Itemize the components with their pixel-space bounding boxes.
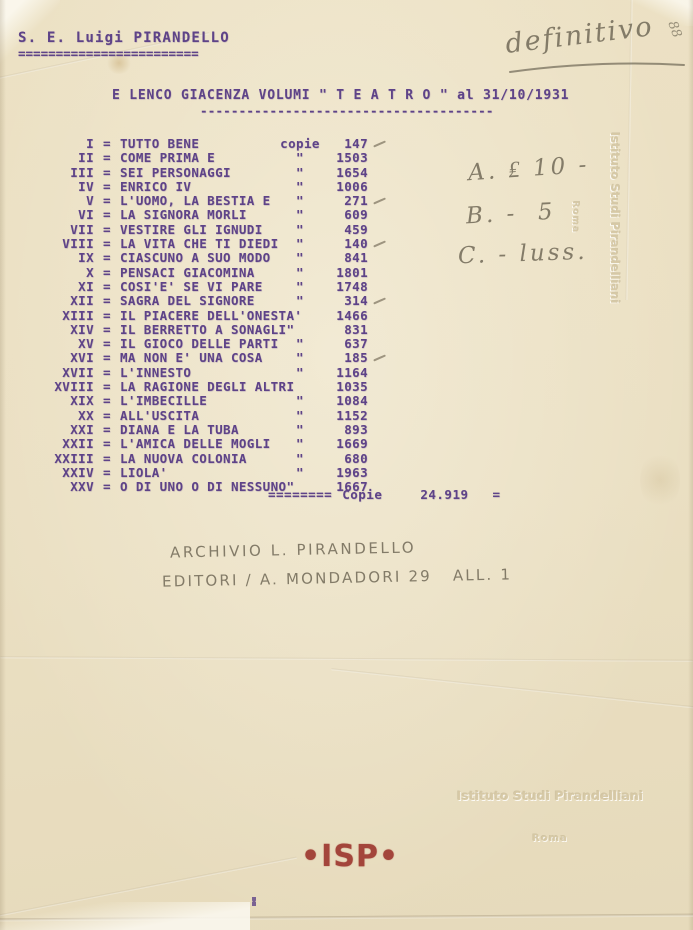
- row-roman-numeral: XV: [14, 336, 94, 351]
- row-play-title: DIANA E LA TUBA: [120, 422, 280, 437]
- row-unit-ditto: ": [280, 408, 320, 423]
- row-unit-ditto: ": [280, 336, 320, 351]
- torn-edge-bottom: [0, 902, 250, 930]
- row-separator: =: [94, 150, 120, 165]
- row-unit-ditto: ": [280, 365, 320, 380]
- paper-edge: [0, 0, 6, 930]
- row-roman-numeral: XXII: [14, 436, 94, 451]
- row-separator: =: [94, 236, 120, 251]
- pencil-tick: [373, 297, 386, 304]
- row-roman-numeral: XIX: [14, 393, 94, 408]
- row-roman-numeral: IX: [14, 250, 94, 265]
- total-suffix: =: [469, 487, 501, 502]
- row-play-title: L'INNESTO: [120, 365, 280, 380]
- row-play-title: L'AMICA DELLE MOGLI: [120, 436, 280, 451]
- row-unit-ditto: ": [280, 222, 320, 237]
- row-copy-count: 637: [320, 336, 368, 351]
- volume-list-row: V = L'UOMO, LA BESTIA E " 271: [14, 193, 388, 207]
- row-copy-count: 1801: [320, 265, 368, 280]
- row-separator: =: [94, 336, 120, 351]
- row-copy-count: 271: [320, 193, 368, 208]
- row-copy-count: 1669: [320, 436, 368, 451]
- row-separator: =: [94, 451, 120, 466]
- volume-list: I = TUTTO BENE copie 147 II = COME PRIMA…: [14, 136, 388, 493]
- row-copy-count: 1035: [320, 379, 368, 394]
- row-play-title: MA NON E' UNA COSA: [120, 350, 280, 365]
- row-unit-ditto: ": [280, 193, 320, 208]
- row-roman-numeral: XXIV: [14, 465, 94, 480]
- row-roman-numeral: II: [14, 150, 94, 165]
- volume-list-row: X = PENSACI GIACOMINA " 1801: [14, 265, 388, 279]
- row-play-title: CIASCUNO A SUO MODO: [120, 250, 280, 265]
- sender-name: S. E. Luigi PIRANDELLO: [18, 30, 230, 46]
- row-separator: =: [94, 265, 120, 280]
- document-title: E LENCO GIACENZA VOLUMI " T E A T R O " …: [112, 88, 569, 103]
- row-roman-numeral: XVIII: [14, 379, 94, 394]
- row-unit-ditto: ": [280, 293, 320, 308]
- row-copy-count: 140: [320, 236, 368, 251]
- row-copy-count: 1006: [320, 179, 368, 194]
- row-separator: =: [94, 250, 120, 265]
- row-play-title: O DI UNO O DI NESSUNO": [120, 479, 280, 494]
- row-copy-count: 1084: [320, 393, 368, 408]
- row-separator: =: [94, 193, 120, 208]
- row-separator: =: [94, 136, 120, 151]
- row-copy-count: 459: [320, 222, 368, 237]
- row-play-title: SAGRA DEL SIGNORE: [120, 293, 280, 308]
- row-play-title: SEI PERSONAGGI: [120, 165, 280, 180]
- row-copy-count: 831: [320, 322, 368, 337]
- row-unit-ditto: ": [280, 393, 320, 408]
- row-separator: =: [94, 179, 120, 194]
- row-play-title: ALL'USCITA: [120, 408, 280, 423]
- row-unit-ditto: ": [280, 350, 320, 365]
- pencil-underline: [508, 58, 686, 76]
- row-play-title: LA VITA CHE TI DIEDI: [120, 236, 280, 251]
- row-play-title: LA NUOVA COLONIA: [120, 451, 280, 466]
- row-separator: =: [94, 293, 120, 308]
- row-play-title: LA SIGNORA MORLI: [120, 207, 280, 222]
- row-copy-count: 841: [320, 250, 368, 265]
- row-unit-ditto: ": [280, 207, 320, 222]
- row-play-title: IL GIOCO DELLE PARTI: [120, 336, 280, 351]
- row-play-title: COME PRIMA E: [120, 150, 280, 165]
- row-unit-ditto: ": [280, 236, 320, 251]
- row-roman-numeral: IV: [14, 179, 94, 194]
- row-play-title: ENRICO IV: [120, 179, 280, 194]
- row-copy-count: 1152: [320, 408, 368, 423]
- row-roman-numeral: I: [14, 136, 94, 151]
- sender-underline: ========================: [18, 46, 199, 61]
- volume-list-row: VIII = LA VITA CHE TI DIEDI " 140: [14, 236, 388, 250]
- emboss-stamp-text: Istituto Studi Pirandelliani: [608, 132, 622, 302]
- row-separator: =: [94, 379, 120, 394]
- total-value: 24.919: [382, 487, 468, 502]
- row-play-title: LA RAGIONE DEGLI ALTRI: [120, 379, 280, 394]
- pencil-tick: [373, 240, 386, 247]
- volume-list-row: XVIII = LA RAGIONE DEGLI ALTRI 1035: [14, 379, 388, 393]
- row-separator: =: [94, 365, 120, 380]
- volume-list-row: XII = SAGRA DEL SIGNORE " 314: [14, 293, 388, 307]
- volume-list-row: XIX = L'IMBECILLE " 1084: [14, 393, 388, 407]
- volume-list-row: XVII = L'INNESTO " 1164: [14, 365, 388, 379]
- row-copy-count: 185: [320, 350, 368, 365]
- row-roman-numeral: XIII: [14, 308, 94, 323]
- volume-list-row: XIV = IL BERRETTO A SONAGLI" 831: [14, 322, 388, 336]
- emboss-stamp-bottom: Istituto Studi Pirandelliani Roma: [452, 758, 648, 874]
- pencil-note-c: C. - luss.: [458, 239, 588, 270]
- pencil-note-definitivo: definitivo: [504, 11, 656, 60]
- row-roman-numeral: XII: [14, 293, 94, 308]
- volume-list-row: VII = VESTIRE GLI IGNUDI " 459: [14, 222, 388, 236]
- total-label: Copie: [332, 487, 382, 502]
- row-unit-ditto: ": [280, 150, 320, 165]
- volume-list-row: XXIV = LIOLA' " 1963: [14, 465, 388, 479]
- volume-list-row: XI = COSI'E' SE VI PARE " 1748: [14, 279, 388, 293]
- volume-list-row: XV = IL GIOCO DELLE PARTI " 637: [14, 336, 388, 350]
- scanned-document-page: Istituto Studi Pirandelliani Roma Istitu…: [0, 0, 693, 930]
- volume-list-row: IX = CIASCUNO A SUO MODO " 841: [14, 250, 388, 264]
- row-separator: =: [94, 479, 120, 494]
- volume-list-row: XVI = MA NON E' UNA COSA " 185: [14, 350, 388, 364]
- row-unit-ditto: copie: [280, 136, 320, 151]
- volume-list-row: I = TUTTO BENE copie 147: [14, 136, 388, 150]
- row-play-title: COSI'E' SE VI PARE: [120, 279, 280, 294]
- row-copy-count: 147: [320, 136, 368, 151]
- pencil-tick: [373, 197, 386, 204]
- volume-list-row: XXII = L'AMICA DELLE MOGLI " 1669: [14, 436, 388, 450]
- volume-list-row: IV = ENRICO IV " 1006: [14, 179, 388, 193]
- row-roman-numeral: XX: [14, 408, 94, 423]
- crease-line: [0, 857, 297, 922]
- crease-line: [0, 656, 693, 662]
- row-roman-numeral: III: [14, 165, 94, 180]
- row-unit-ditto: ": [280, 436, 320, 451]
- title-underline: --------------------------------------: [200, 103, 494, 118]
- volume-list-row: II = COME PRIMA E " 1503: [14, 150, 388, 164]
- row-roman-numeral: XXI: [14, 422, 94, 437]
- row-copy-count: 680: [320, 451, 368, 466]
- row-play-title: IL PIACERE DELL'ONESTA': [120, 308, 280, 323]
- row-roman-numeral: V: [14, 193, 94, 208]
- row-separator: =: [94, 322, 120, 337]
- row-unit-ditto: ": [280, 250, 320, 265]
- row-separator: =: [94, 393, 120, 408]
- row-unit-ditto: ": [280, 465, 320, 480]
- row-copy-count: 1466: [320, 308, 368, 323]
- row-separator: =: [94, 207, 120, 222]
- row-copy-count: 1748: [320, 279, 368, 294]
- row-play-title: TUTTO BENE: [120, 136, 280, 151]
- paper-edge: [0, 914, 693, 922]
- row-play-title: VESTIRE GLI IGNUDI: [120, 222, 280, 237]
- row-separator: =: [94, 165, 120, 180]
- row-play-title: IL BERRETTO A SONAGLI": [120, 322, 280, 337]
- row-copy-count: 1963: [320, 465, 368, 480]
- volume-list-row: VI = LA SIGNORA MORLI " 609: [14, 207, 388, 221]
- row-play-title: PENSACI GIACOMINA: [120, 265, 280, 280]
- ink-mark: [252, 897, 256, 906]
- row-separator: =: [94, 436, 120, 451]
- row-unit-ditto: ": [280, 279, 320, 294]
- isp-stamp: •ISP•: [301, 839, 399, 874]
- row-copy-count: 1503: [320, 150, 368, 165]
- paper-edge: [688, 0, 693, 930]
- row-roman-numeral: VI: [14, 207, 94, 222]
- row-roman-numeral: XI: [14, 279, 94, 294]
- row-separator: =: [94, 279, 120, 294]
- row-roman-numeral: VII: [14, 222, 94, 237]
- volume-list-row: III = SEI PERSONAGGI " 1654: [14, 165, 388, 179]
- pencil-corner-mark: 88: [664, 19, 684, 40]
- crease-line: [331, 668, 693, 710]
- row-unit-ditto: ": [280, 179, 320, 194]
- row-roman-numeral: X: [14, 265, 94, 280]
- row-copy-count: 609: [320, 207, 368, 222]
- row-play-title: LIOLA': [120, 465, 280, 480]
- row-roman-numeral: XVI: [14, 350, 94, 365]
- row-roman-numeral: XXIII: [14, 451, 94, 466]
- archive-note-line2: EDITORI / A. MONDADORI 29 ALL. 1: [162, 565, 512, 590]
- volume-list-row: XX = ALL'USCITA " 1152: [14, 408, 388, 422]
- row-separator: =: [94, 308, 120, 323]
- row-roman-numeral: XXV: [14, 479, 94, 494]
- row-play-title: L'UOMO, LA BESTIA E: [120, 193, 280, 208]
- volume-list-row: XXIII = LA NUOVA COLONIA " 680: [14, 451, 388, 465]
- volume-list-row: XIII = IL PIACERE DELL'ONESTA' 1466: [14, 308, 388, 322]
- emboss-stamp-city: Roma: [452, 833, 648, 844]
- total-line: ========Copie24.919=: [268, 487, 501, 502]
- row-unit-ditto: ": [280, 422, 320, 437]
- row-copy-count: 1654: [320, 165, 368, 180]
- volume-list-row: XXI = DIANA E LA TUBA " 893: [14, 422, 388, 436]
- row-unit-ditto: ": [280, 265, 320, 280]
- row-separator: =: [94, 222, 120, 237]
- row-copy-count: 1164: [320, 365, 368, 380]
- row-separator: =: [94, 350, 120, 365]
- row-separator: =: [94, 465, 120, 480]
- row-copy-count: 893: [320, 422, 368, 437]
- row-roman-numeral: XVII: [14, 365, 94, 380]
- row-separator: =: [94, 422, 120, 437]
- row-play-title: L'IMBECILLE: [120, 393, 280, 408]
- paper-stain: [640, 450, 680, 510]
- row-unit-ditto: ": [280, 451, 320, 466]
- row-separator: =: [94, 408, 120, 423]
- pencil-tick: [373, 140, 386, 147]
- total-rule: ========: [268, 487, 332, 502]
- row-copy-count: 314: [320, 293, 368, 308]
- archive-note-line1: ARCHIVIO L. PIRANDELLO: [170, 538, 417, 561]
- pencil-note-b: B. - 5: [465, 199, 556, 230]
- row-roman-numeral: XIV: [14, 322, 94, 337]
- row-unit-ditto: ": [280, 165, 320, 180]
- emboss-stamp-text: Istituto Studi Pirandelliani: [452, 788, 648, 803]
- pencil-tick: [373, 355, 386, 362]
- row-roman-numeral: VIII: [14, 236, 94, 251]
